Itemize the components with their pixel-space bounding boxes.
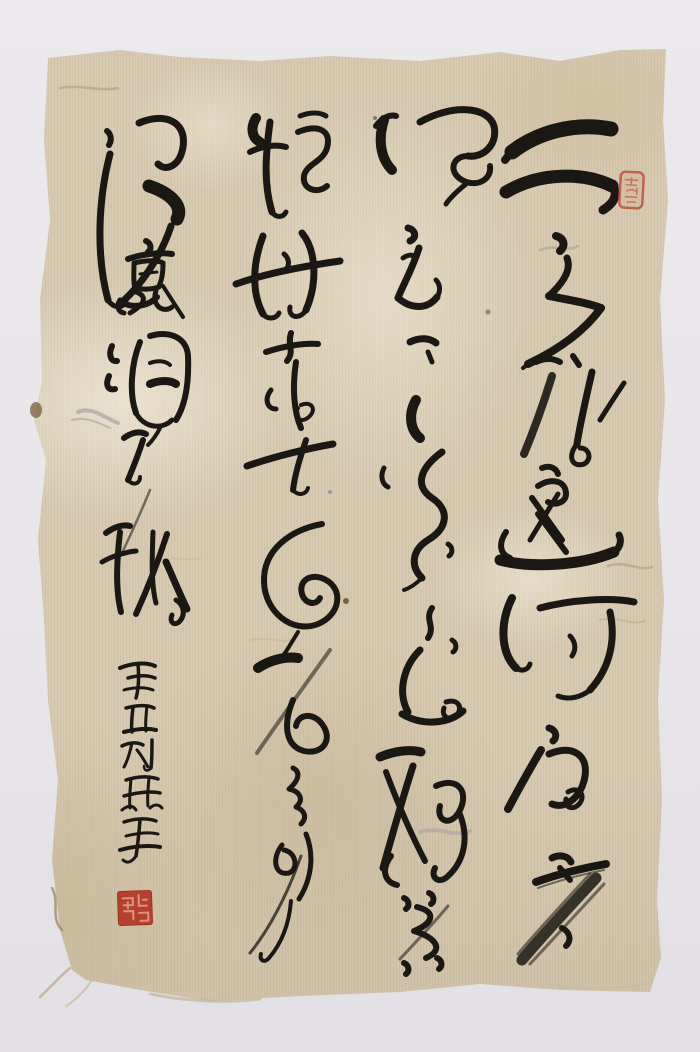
photograph-of-calligraphy — [0, 0, 700, 1052]
signature-column — [120, 664, 162, 863]
calligraphy-column-3 — [236, 113, 340, 961]
calligraphy-artwork — [0, 0, 700, 1052]
calligraphy-column-2 — [376, 110, 495, 974]
top-right-seal — [619, 171, 644, 208]
bottom-left-seal — [117, 890, 152, 925]
calligraphy-column-1 — [500, 127, 634, 964]
calligraphy-column-4 — [100, 118, 188, 623]
